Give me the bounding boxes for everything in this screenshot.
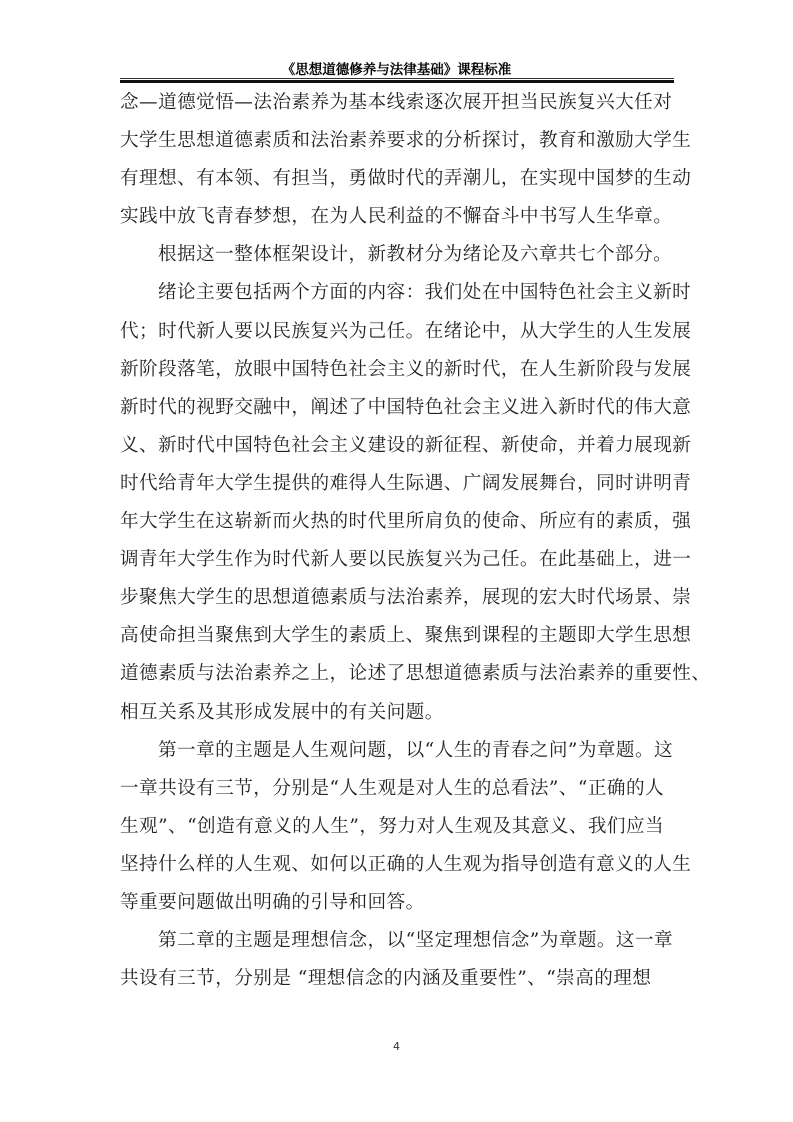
text-line: 根据这一整体框架设计，新教材分为绪论及六章共七个部分。 [120,242,676,280]
text-line: 代；时代新人要以民族复兴为己任。在绪论中，从大学生的人生发展 [120,319,676,357]
text-line: 第二章的主题是理想信念，以“坚定理想信念”为章题。这一章 [120,928,676,966]
text-line: 道德素质与法治素养之上，论述了思想道德素质与法治素养的重要性、 [120,661,676,699]
text-line: 等重要问题做出明确的引导和回答。 [120,890,676,928]
paragraph: 第二章的主题是理想信念，以“坚定理想信念”为章题。这一章 共设有三节，分别是 “… [120,928,676,1004]
text-line: 新阶段落笔，放眼中国特色社会主义的新时代，在人生新阶段与发展 [120,357,676,395]
text-line: 时代给青年大学生提供的难得人生际遇、广阔发展舞台，同时讲明青 [120,471,676,509]
header-rule-thick [120,80,674,83]
text-line: 调青年大学生作为时代新人要以民族复兴为己任。在此基础上，进一 [120,547,676,585]
header-rule-thin [120,78,674,79]
text-line: 一章共设有三节，分别是“人生观是对人生的总看法”、“正确的人 [120,776,676,814]
text-line: 大学生思想道德素质和法治素养要求的分析探讨，教育和激励大学生 [120,128,676,166]
paragraph: 念—道德觉悟—法治素养为基本线索逐次展开担当民族复兴大任对 大学生思想道德素质和… [120,90,676,242]
text-line: 念—道德觉悟—法治素养为基本线索逐次展开担当民族复兴大任对 [120,90,676,128]
text-line: 坚持什么样的人生观、如何以正确的人生观为指导创造有意义的人生 [120,852,676,890]
document-body: 念—道德觉悟—法治素养为基本线索逐次展开担当民族复兴大任对 大学生思想道德素质和… [120,90,676,1004]
text-line: 步聚焦大学生的思想道德素质与法治素养，展现的宏大时代场景、崇 [120,585,676,623]
text-line: 实践中放飞青春梦想，在为人民利益的不懈奋斗中书写人生华章。 [120,204,676,242]
text-line: 第一章的主题是人生观问题，以“人生的青春之问”为章题。这 [120,738,676,776]
running-header-title: 《思想道德修养与法律基础》课程标准 [0,58,793,78]
text-line: 共设有三节，分别是 “理想信念的内涵及重要性”、“崇高的理想 [120,966,676,1004]
text-line: 义、新时代中国特色社会主义建设的新征程、新使命，并着力展现新 [120,433,676,471]
page-number: 4 [0,1040,793,1053]
paragraph: 第一章的主题是人生观问题，以“人生的青春之问”为章题。这 一章共设有三节，分别是… [120,738,676,928]
text-line: 生观”、“创造有意义的人生”，努力对人生观及其意义、我们应当 [120,814,676,852]
text-line: 年大学生在这崭新而火热的时代里所肩负的使命、所应有的素质，强 [120,509,676,547]
text-line: 新时代的视野交融中，阐述了中国特色社会主义进入新时代的伟大意 [120,395,676,433]
text-line: 相互关系及其形成发展中的有关问题。 [120,700,676,738]
text-line: 高使命担当聚焦到大学生的素质上、聚焦到课程的主题即大学生思想 [120,623,676,661]
header-double-rule [120,78,674,83]
paragraph: 绪论主要包括两个方面的内容：我们处在中国特色社会主义新时 代；时代新人要以民族复… [120,280,676,737]
text-line: 绪论主要包括两个方面的内容：我们处在中国特色社会主义新时 [120,280,676,318]
paragraph: 根据这一整体框架设计，新教材分为绪论及六章共七个部分。 [120,242,676,280]
text-line: 有理想、有本领、有担当，勇做时代的弄潮儿，在实现中国梦的生动 [120,166,676,204]
